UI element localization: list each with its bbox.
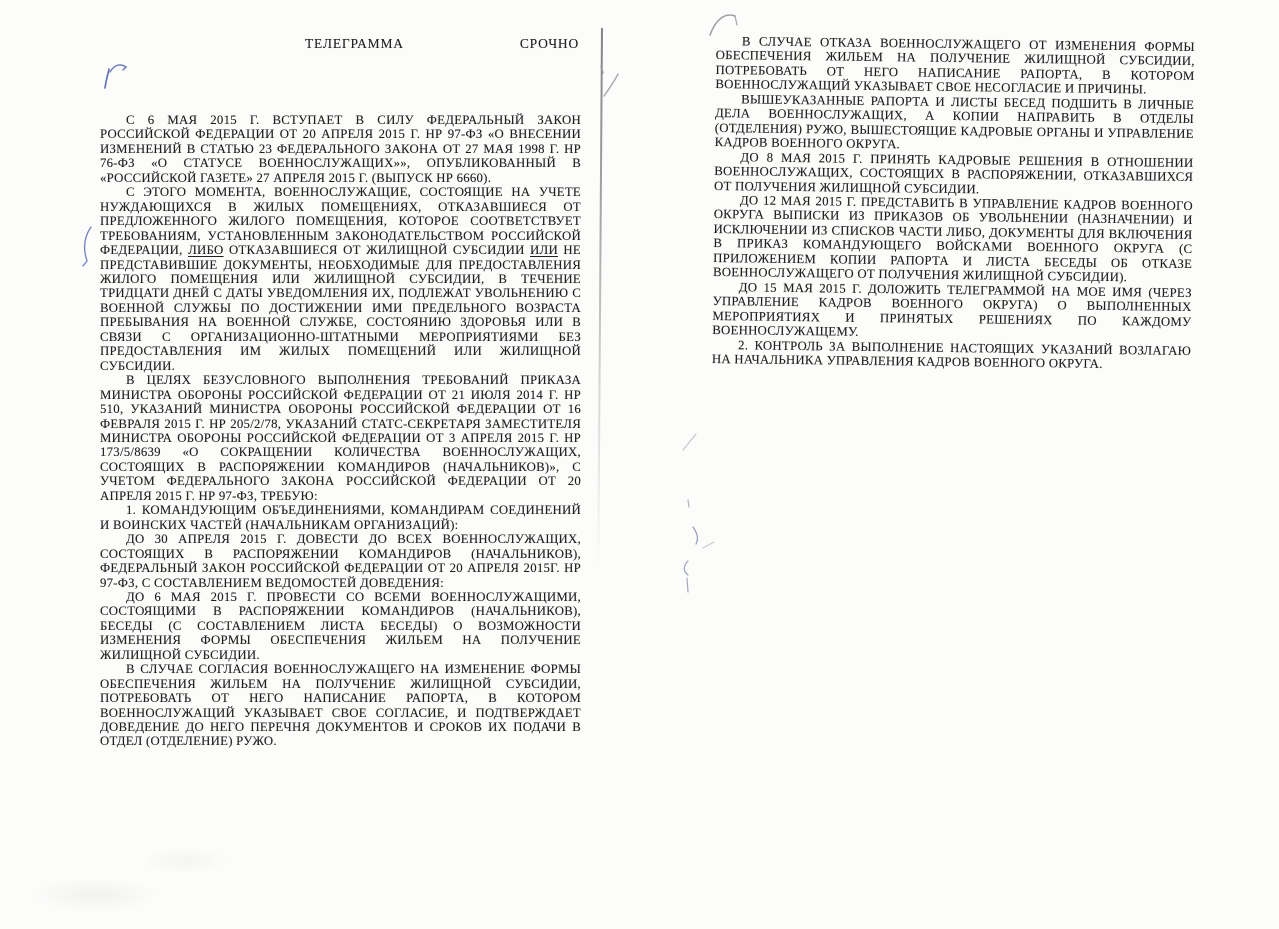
- text-segment: С 6 МАЯ 2015 Г. ВСТУПАЕТ В СИЛУ ФЕДЕРАЛЬ…: [100, 113, 581, 185]
- text-segment: В СЛУЧАЕ ОТКАЗА ВОЕННОСЛУЖАЩЕГО ОТ ИЗМЕН…: [715, 34, 1195, 96]
- pencil-tick-right-margin-2: [684, 498, 694, 510]
- text-segment: ДО 15 МАЯ 2015 Г. ДОЛОЖИТЬ ТЕЛЕГРАММОЙ Н…: [712, 280, 1192, 339]
- text-segment: НЕ ПРЕДСТАВИВШИЕ ДОКУМЕНТЫ, НЕОБХОДИМЫЕ …: [100, 243, 581, 373]
- right-page-body: В СЛУЧАЕ ОТКАЗА ВОЕННОСЛУЖАЩЕГО ОТ ИЗМЕН…: [712, 34, 1195, 372]
- text-segment: ДО 8 МАЯ 2015 Г. ПРИНЯТЬ КАДРОВЫЕ РЕШЕНИ…: [714, 150, 1194, 196]
- paragraph: ВЫШЕУКАЗАННЫЕ РАПОРТА И ЛИСТЫ БЕСЕД ПОДШ…: [715, 92, 1195, 156]
- paragraph: ДО 15 МАЯ 2015 Г. ДОЛОЖИТЬ ТЕЛЕГРАММОЙ Н…: [712, 280, 1192, 344]
- underlined-text: ИЛИ: [530, 243, 558, 257]
- page-title: ТЕЛЕГРАММА: [305, 36, 404, 52]
- pen-tick-right-margin-5: [680, 559, 692, 579]
- paragraph: ДО 30 АПРЕЛЯ 2015 Г. ДОВЕСТИ ДО ВСЕХ ВОЕ…: [100, 532, 581, 590]
- page-edge-scan-line: [597, 28, 603, 573]
- paragraph: ДО 12 МАЯ 2015 Г. ПРЕДСТАВИТЬ В УПРАВЛЕН…: [713, 193, 1193, 286]
- text-segment: 1. КОМАНДУЮЩИМ ОБЪЕДИНЕНИЯМИ, КОМАНДИРАМ…: [100, 503, 581, 531]
- text-segment: В ЦЕЛЯХ БЕЗУСЛОВНОГО ВЫПОЛНЕНИЯ ТРЕБОВАН…: [100, 373, 581, 503]
- paragraph: 1. КОМАНДУЮЩИМ ОБЪЕДИНЕНИЯМИ, КОМАНДИРАМ…: [100, 503, 581, 532]
- paragraph: С ЭТОГО МОМЕНТА, ВОЕННОСЛУЖАЩИЕ, СОСТОЯЩ…: [100, 185, 581, 373]
- right-page: В СЛУЧАЕ ОТКАЗА ВОЕННОСЛУЖАЩЕГО ОТ ИЗМЕН…: [712, 34, 1195, 372]
- paragraph: ДО 8 МАЯ 2015 Г. ПРИНЯТЬ КАДРОВЫЕ РЕШЕНИ…: [714, 150, 1194, 199]
- text-segment: В СЛУЧАЕ СОГЛАСИЯ ВОЕННОСЛУЖАЩЕГО НА ИЗМ…: [100, 662, 581, 748]
- pen-tick-right-margin-6: [684, 576, 692, 596]
- urgency-label: СРОЧНО: [520, 36, 579, 52]
- scan-smudge: [140, 848, 230, 874]
- pencil-tick-right-margin-1: [680, 430, 700, 454]
- pencil-mark-left-page-corner: [594, 62, 622, 102]
- pencil-tick-right-margin-4: [701, 539, 717, 551]
- telegram-header: ТЕЛЕГРАММА СРОЧНО: [100, 36, 581, 52]
- text-segment: ВЫШЕУКАЗАННЫЕ РАПОРТА И ЛИСТЫ БЕСЕД ПОДШ…: [715, 92, 1195, 151]
- paragraph: В ЦЕЛЯХ БЕЗУСЛОВНОГО ВЫПОЛНЕНИЯ ТРЕБОВАН…: [100, 373, 581, 503]
- text-segment: ДО 12 МАЯ 2015 Г. ПРЕДСТАВИТЬ В УПРАВЛЕН…: [713, 193, 1193, 284]
- underlined-text: ЛИБО: [188, 243, 223, 257]
- paragraph: 2. КОНТРОЛЬ ЗА ВЫПОЛНЕНИЕ НАСТОЯЩИХ УКАЗ…: [712, 337, 1191, 372]
- text-segment: ОТКАЗАВШИЕСЯ ОТ ЖИЛИЩНОЙ СУБСИДИИ: [224, 243, 531, 257]
- paragraph: С 6 МАЯ 2015 Г. ВСТУПАЕТ В СИЛУ ФЕДЕРАЛЬ…: [100, 113, 581, 185]
- paragraph: ДО 6 МАЯ 2015 Г. ПРОВЕСТИ СО ВСЕМИ ВОЕНН…: [100, 590, 581, 662]
- left-page: ТЕЛЕГРАММА СРОЧНО С 6 МАЯ 2015 Г. ВСТУПА…: [100, 36, 581, 52]
- text-segment: 2. КОНТРОЛЬ ЗА ВЫПОЛНЕНИЕ НАСТОЯЩИХ УКАЗ…: [712, 338, 1191, 371]
- paragraph: В СЛУЧАЕ ОТКАЗА ВОЕННОСЛУЖАЩЕГО ОТ ИЗМЕН…: [715, 34, 1195, 98]
- pen-tick-right-margin-3: [690, 525, 704, 547]
- pen-mark-blue-top-left: [100, 60, 130, 92]
- text-segment: ДО 6 МАЯ 2015 Г. ПРОВЕСТИ СО ВСЕМИ ВОЕНН…: [100, 590, 581, 662]
- paragraph: В СЛУЧАЕ СОГЛАСИЯ ВОЕННОСЛУЖАЩЕГО НА ИЗМ…: [100, 662, 581, 749]
- text-segment: ДО 30 АПРЕЛЯ 2015 Г. ДОВЕСТИ ДО ВСЕХ ВОЕ…: [100, 532, 581, 589]
- pen-mark-blue-margin-curve: [79, 225, 95, 271]
- scan-smudge: [30, 878, 160, 912]
- left-page-body: С 6 МАЯ 2015 Г. ВСТУПАЕТ В СИЛУ ФЕДЕРАЛЬ…: [100, 113, 581, 749]
